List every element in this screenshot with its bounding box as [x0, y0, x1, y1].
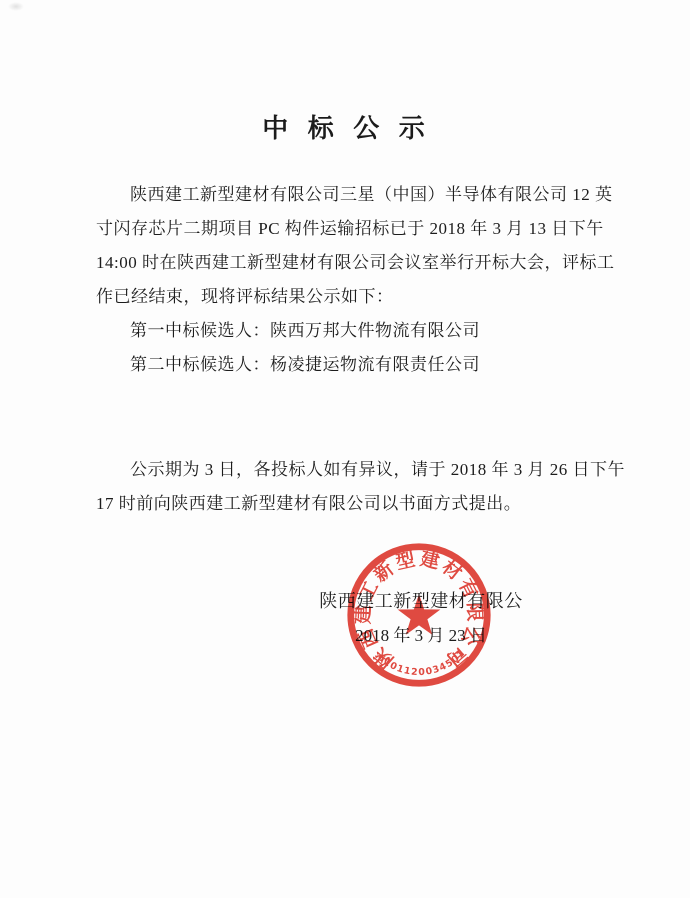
candidate-list: 第一中标候选人：陕西万邦大件物流有限公司 第二中标候选人：杨凌捷运物流有限责任公… [96, 314, 598, 382]
scan-artifact-smudge [8, 2, 24, 11]
signature-block: 陕西建工新型建材有限公 2018 年 3 月 23 日 [318, 588, 524, 649]
seal-serial-textpath: 6101120034501 [375, 648, 468, 679]
text-line: 公示期为 3 日，各投标人如有异议，请于 2018 年 3 月 26 日下午 [96, 453, 598, 487]
intro-paragraph: 陕西建工新型建材有限公司三星（中国）半导体有限公司 12 英 寸闪存芯片二期项目… [96, 178, 598, 314]
document-title: 中 标 公 示 [0, 108, 690, 145]
text-line: 17 时前向陕西建工新型建材有限公司以书面方式提出。 [96, 487, 598, 521]
signature-company: 陕西建工新型建材有限公 [318, 588, 524, 614]
document-page: 中 标 公 示 陕西建工新型建材有限公司三星（中国）半导体有限公司 12 英 寸… [0, 0, 690, 898]
text-line: 寸闪存芯片二期项目 PC 构件运输招标已于 2018 年 3 月 13 日下午 [96, 212, 598, 246]
text-line: 陕西建工新型建材有限公司三星（中国）半导体有限公司 12 英 [96, 178, 598, 212]
seal-serial-number: 6101120034501 [375, 648, 468, 679]
closing-paragraph: 公示期为 3 日，各投标人如有异议，请于 2018 年 3 月 26 日下午 1… [96, 453, 598, 521]
signature-date: 2018 年 3 月 23 日 [318, 623, 524, 649]
text-line: 14:00 时在陕西建工新型建材有限公司会议室举行开标大会，评标工 [96, 246, 598, 280]
document-body: 陕西建工新型建材有限公司三星（中国）半导体有限公司 12 英 寸闪存芯片二期项目… [96, 178, 598, 521]
second-candidate-line: 第二中标候选人：杨凌捷运物流有限责任公司 [96, 348, 598, 382]
text-line: 作已经结束，现将评标结果公示如下： [96, 280, 598, 314]
first-candidate-line: 第一中标候选人：陕西万邦大件物流有限公司 [96, 314, 598, 348]
